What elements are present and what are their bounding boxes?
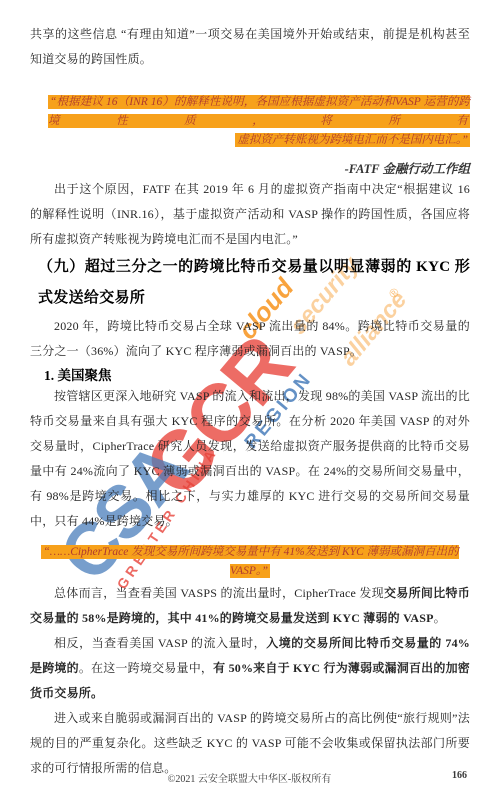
quote-line-1: “根据建议 16（INR 16）的解释性说明，各国应根据虚拟资产活动和VASP …	[48, 93, 470, 131]
paragraph-fatf-decision: 出于这个原因，FATF 在其 2019 年 6 月的虚拟资产指南中决定“根据建议…	[30, 177, 470, 252]
paragraph-us-analysis: 按管辖区更深入地研究 VASP 的流入和流出，发现 98%的美国 VASP 流出…	[30, 384, 470, 534]
paragraph-inflow: 相反，当查看美国 VASP 的流入量时，入境的交易所间比特币交易量的 74%是跨…	[30, 631, 470, 706]
quote-block-ciphertrace: “……CipherTrace 发现交易所间跨境交易量中有 41%发送到 KYC …	[30, 543, 470, 581]
page-number: 166	[452, 770, 467, 781]
quote-block-inr16: “根据建议 16（INR 16）的解释性说明，各国应根据虚拟资产活动和VASP …	[30, 93, 470, 150]
text-segment: 。	[434, 611, 446, 625]
highlighted-quote-text: “……CipherTrace 发现交易所间跨境交易量中有 41%发送到 KYC …	[41, 545, 458, 578]
paragraph-shared-info: 共享的这些信息 “有理由知道”一项交易在美国境外开始或结束，前提是机构甚至知道交…	[30, 22, 470, 72]
quote-attribution-fatf: -FATF 金融行动工作组	[30, 159, 470, 177]
subsection-heading-us-focus: 1. 美国聚焦	[30, 364, 470, 384]
paragraph-2020-stats: 2020 年，跨境比特币交易占全球 VASP 流出量的 84%。跨境比特币交易量…	[30, 314, 470, 364]
document-page: cloud security alliance ® GCR REGION CSA…	[0, 0, 499, 798]
section-heading-nine: （九）超过三分之一的跨境比特币交易量以明显薄弱的 KYC 形式发送给交易所	[30, 252, 470, 314]
quote-line-2: 虚拟资产转账视为跨境电汇而不是国内电汇。”	[30, 131, 470, 150]
page-footer: ©2021 云安全联盟大中华区-版权所有 166	[0, 770, 499, 785]
footer-copyright: ©2021 云安全联盟大中华区-版权所有	[168, 774, 331, 785]
highlighted-quote-text: 虚拟资产转账视为跨境电汇而不是国内电汇。”	[235, 133, 470, 147]
document-content: 共享的这些信息 “有理由知道”一项交易在美国境外开始或结束，前提是机构甚至知道交…	[0, 0, 499, 781]
paragraph-outflow: 总体而言，当查看美国 VASPS 的流出量时，CipherTrace 发现交易所…	[30, 581, 470, 631]
text-segment: 相反，当查看美国 VASP 的流入量时，	[54, 636, 266, 650]
highlighted-quote-text: “根据建议 16（INR 16）的解释性说明，各国应根据虚拟资产活动和VASP …	[48, 95, 470, 128]
text-segment: 。在这一跨境交易量中，	[79, 661, 213, 675]
text-segment: 总体而言，当查看美国 VASPS 的流出量时，CipherTrace 发现	[54, 586, 384, 600]
